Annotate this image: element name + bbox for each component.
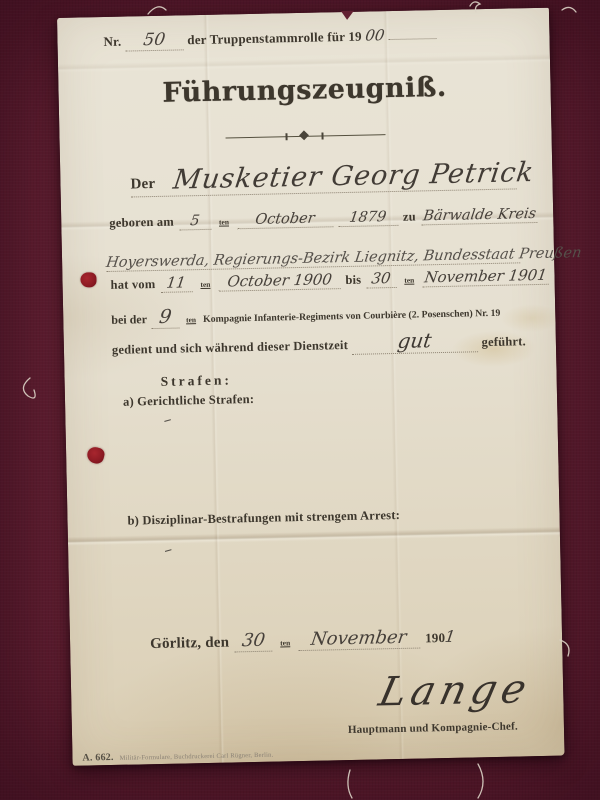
divider-diamond xyxy=(299,130,309,140)
nr-label: Nr. xyxy=(103,34,121,50)
strafen-heading: Strafen: xyxy=(160,372,232,389)
ordinal-suffix: ten xyxy=(219,217,229,226)
ordinal-suffix: ten xyxy=(200,280,210,289)
signature-handwritten: Lange xyxy=(350,666,560,716)
photo-fabric-background: Nr. 50 der Truppenstammrolle für 19 00 F… xyxy=(0,0,600,800)
conduct-handwritten: gut xyxy=(396,328,433,353)
conduct-blank: gut xyxy=(352,327,478,355)
birth-month-blank: October xyxy=(237,210,333,229)
regiment-line: bei der 9 ten Kompagnie Infanterie-Regim… xyxy=(111,298,533,330)
penalties-item-b-mark: – xyxy=(163,539,172,560)
hat-vom-label: hat vom xyxy=(110,277,155,293)
roll-text: der Truppenstammrolle für 19 xyxy=(187,29,362,49)
fold-crease-top xyxy=(58,54,550,73)
fabric-thread xyxy=(23,378,35,398)
form-meta-line: A. 662. Militär-Formulare, Buchdruckerei… xyxy=(82,749,273,764)
divider-bar xyxy=(285,133,287,140)
geboren-label: geboren am xyxy=(109,215,174,231)
issue-year: 1901 xyxy=(425,627,456,648)
place-date-label: Görlitz, den xyxy=(150,635,229,654)
issue-month-blank: November xyxy=(298,627,420,652)
conduct-post-text: geführt. xyxy=(481,334,526,350)
conduct-line: gedient und sich während dieser Dienstze… xyxy=(112,326,526,360)
issue-year-digit-handwritten: 1 xyxy=(444,627,457,646)
wax-seal-dot xyxy=(80,272,96,287)
bis-label: bis xyxy=(345,273,361,288)
birth-year-handwritten: 1879 xyxy=(348,209,387,226)
divider-bar xyxy=(321,132,323,139)
bei-der-label: bei der xyxy=(111,312,147,328)
printer-imprint: Militär-Formulare, Buchdruckerei Carl Rü… xyxy=(120,752,274,762)
signature-role: Hauptmann und Kompagnie-Chef. xyxy=(348,721,518,737)
penalties-item-b: b) Disziplinar-Bestrafungen mit strengem… xyxy=(127,508,400,529)
issue-date-line: Görlitz, den 30 ten November 1901 xyxy=(150,626,456,654)
paper-tear-notch xyxy=(341,11,354,20)
roll-line-tail xyxy=(389,38,437,40)
issue-month-handwritten: November xyxy=(310,627,408,650)
zu-label: zu xyxy=(403,210,416,225)
roll-year-handwritten: 00 xyxy=(365,26,387,44)
service-from-day-handwritten: 11 xyxy=(166,273,188,291)
birth-day-handwritten: 5 xyxy=(189,213,200,229)
service-to-handwritten: November 1901 xyxy=(423,266,548,287)
birth-line: geboren am 5 ten October 1879 zu Bärwald… xyxy=(109,206,519,232)
company-blank: 9 xyxy=(151,306,179,330)
service-to-blank: November 1901 xyxy=(422,266,549,288)
regiment-text: Kompagnie Infanterie-Regiments von Courb… xyxy=(203,308,501,325)
service-to-day-handwritten: 30 xyxy=(370,269,392,287)
fabric-thread xyxy=(148,7,166,14)
nr-value-handwritten: 50 xyxy=(142,30,166,51)
ordinal-suffix: ten xyxy=(186,315,196,324)
fabric-thread xyxy=(478,764,483,798)
ordinal-suffix: ten xyxy=(404,276,414,285)
issue-day-blank: 30 xyxy=(234,630,272,653)
penalties-item-a-mark: – xyxy=(163,409,172,430)
fabric-thread xyxy=(348,770,352,798)
document-title-line: Führungszeugniß. xyxy=(58,70,551,111)
der-label: Der xyxy=(130,176,155,197)
wax-seal-dot xyxy=(86,445,106,465)
service-to-day-blank: 30 xyxy=(366,269,396,289)
birth-place-blank: Bärwalde Kreis xyxy=(421,206,538,225)
service-from-day-blank: 11 xyxy=(160,273,192,293)
stammrolle-number-line: Nr. 50 der Truppenstammrolle für 19 00 xyxy=(103,23,499,52)
form-number: A. 662. xyxy=(82,752,113,764)
divider-line xyxy=(226,134,386,138)
issue-year-prefix: 190 xyxy=(425,630,445,645)
birth-place-handwritten: Bärwalde Kreis xyxy=(422,206,537,224)
fold-crease-lower xyxy=(68,527,560,546)
subject-name-handwritten: Musketier Georg Petrick xyxy=(171,157,536,196)
service-from-handwritten: October 1900 xyxy=(226,270,333,290)
fabric-thread xyxy=(562,7,576,12)
conduct-pre-text: gedient und sich während dieser Dienstze… xyxy=(112,338,348,358)
penalties-item-a: a) Gerichtliche Strafen: xyxy=(123,392,254,410)
document-paper: Nr. 50 der Truppenstammrolle für 19 00 F… xyxy=(57,8,565,766)
document-title: Führungszeugniß. xyxy=(162,72,447,109)
birth-month-handwritten: October xyxy=(254,211,316,228)
birth-year-blank: 1879 xyxy=(338,209,398,227)
company-handwritten: 9 xyxy=(157,306,172,328)
nr-value-blank: 50 xyxy=(125,29,183,51)
ordinal-suffix: ten xyxy=(280,638,290,647)
subject-line: Der Musketier Georg Petrick xyxy=(130,142,517,197)
issue-day-handwritten: 30 xyxy=(240,630,266,652)
birth-day-blank: 5 xyxy=(179,213,211,231)
service-from-blank: October 1900 xyxy=(218,270,340,292)
